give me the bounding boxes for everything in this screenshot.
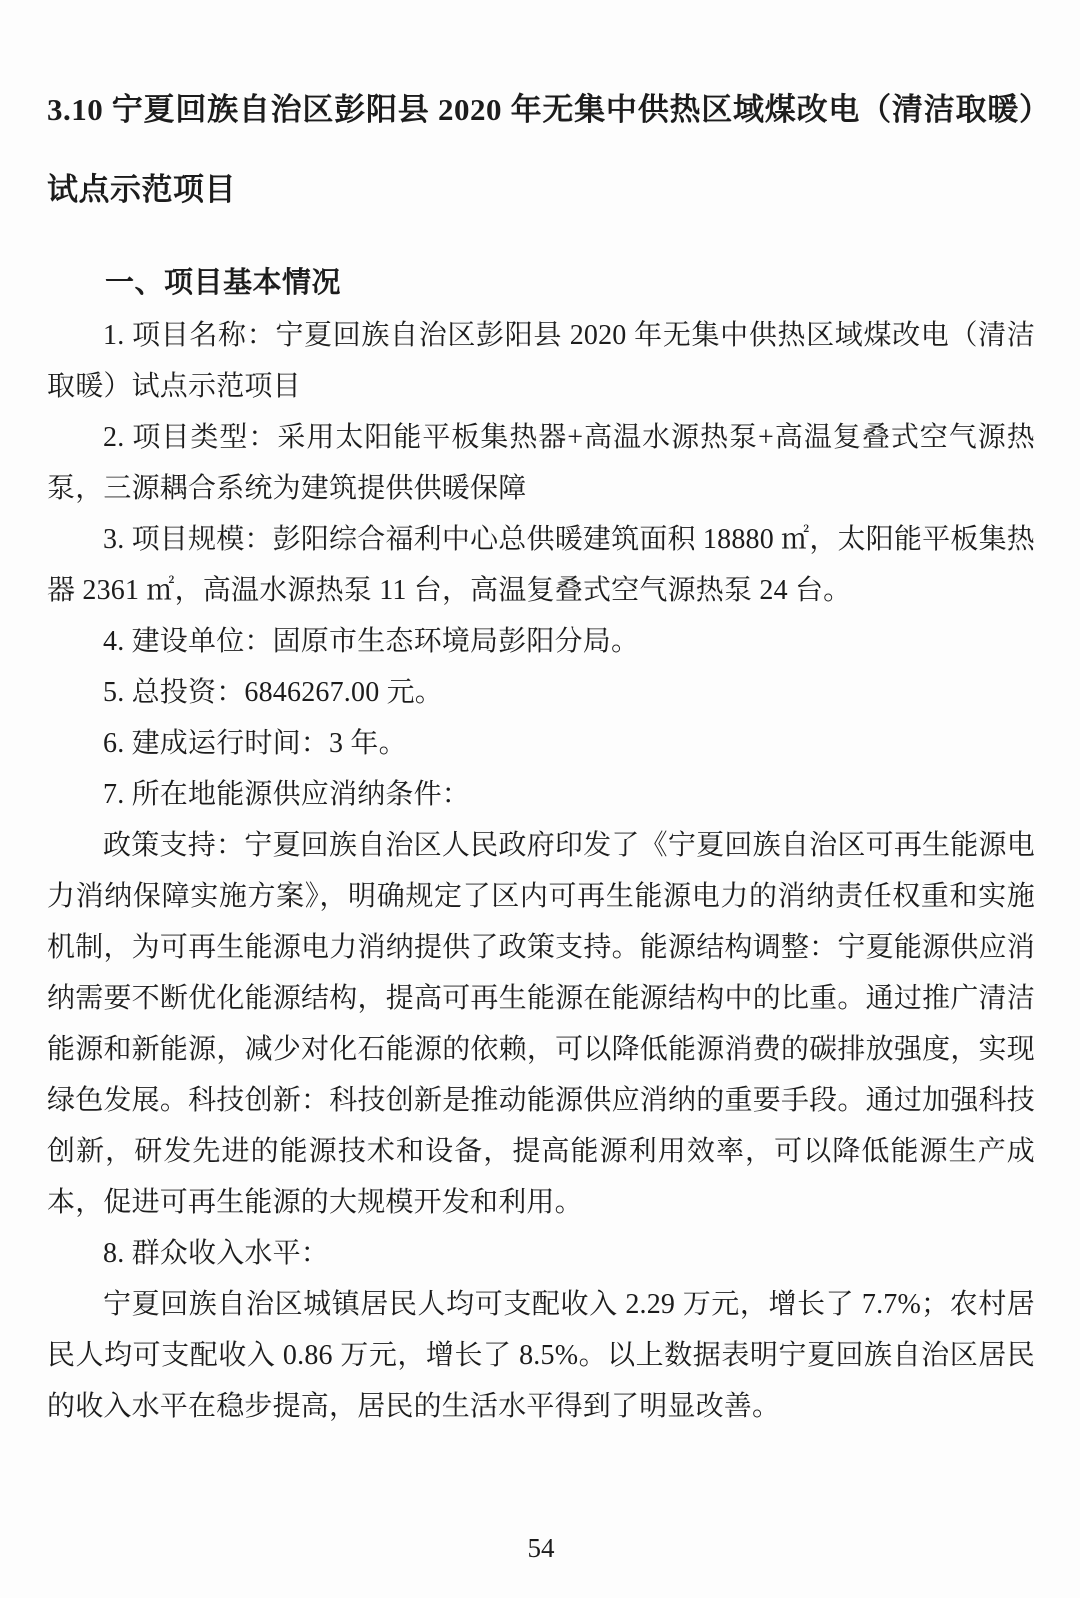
document-title: 3.10 宁夏回族自治区彭阳县 2020 年无集中供热区域煤改电（清洁取暖）试点…: [47, 70, 1035, 230]
page-footer: 54: [47, 1532, 1035, 1564]
paragraph-investment: 5. 总投资：6846267.00 元。: [47, 667, 1035, 718]
document-body: 1. 项目名称：宁夏回族自治区彭阳县 2020 年无集中供热区域煤改电（清洁取暖…: [47, 310, 1035, 1432]
section-heading: 一、项目基本情况: [47, 256, 1035, 310]
paragraph-policy-support: 政策支持：宁夏回族自治区人民政府印发了《宁夏回族自治区可再生能源电力消纳保障实施…: [47, 820, 1035, 1228]
page-number: 54: [528, 1533, 555, 1563]
paragraph-builder: 4. 建设单位：固原市生态环境局彭阳分局。: [47, 616, 1035, 667]
paragraph-project-scale: 3. 项目规模：彭阳综合福利中心总供暖建筑面积 18880 ㎡，太阳能平板集热器…: [47, 514, 1035, 616]
paragraph-income-label: 8. 群众收入水平：: [47, 1228, 1035, 1279]
paragraph-project-name: 1. 项目名称：宁夏回族自治区彭阳县 2020 年无集中供热区域煤改电（清洁取暖…: [47, 310, 1035, 412]
paragraph-project-type: 2. 项目类型：采用太阳能平板集热器+高温水源热泵+高温复叠式空气源热泵，三源耦…: [47, 412, 1035, 514]
paragraph-build-time: 6. 建成运行时间：3 年。: [47, 718, 1035, 769]
paragraph-income-detail: 宁夏回族自治区城镇居民人均可支配收入 2.29 万元，增长了 7.7%；农村居民…: [47, 1279, 1035, 1432]
document-page: 3.10 宁夏回族自治区彭阳县 2020 年无集中供热区域煤改电（清洁取暖）试点…: [0, 0, 1080, 1598]
paragraph-energy-conditions-label: 7. 所在地能源供应消纳条件：: [47, 769, 1035, 820]
